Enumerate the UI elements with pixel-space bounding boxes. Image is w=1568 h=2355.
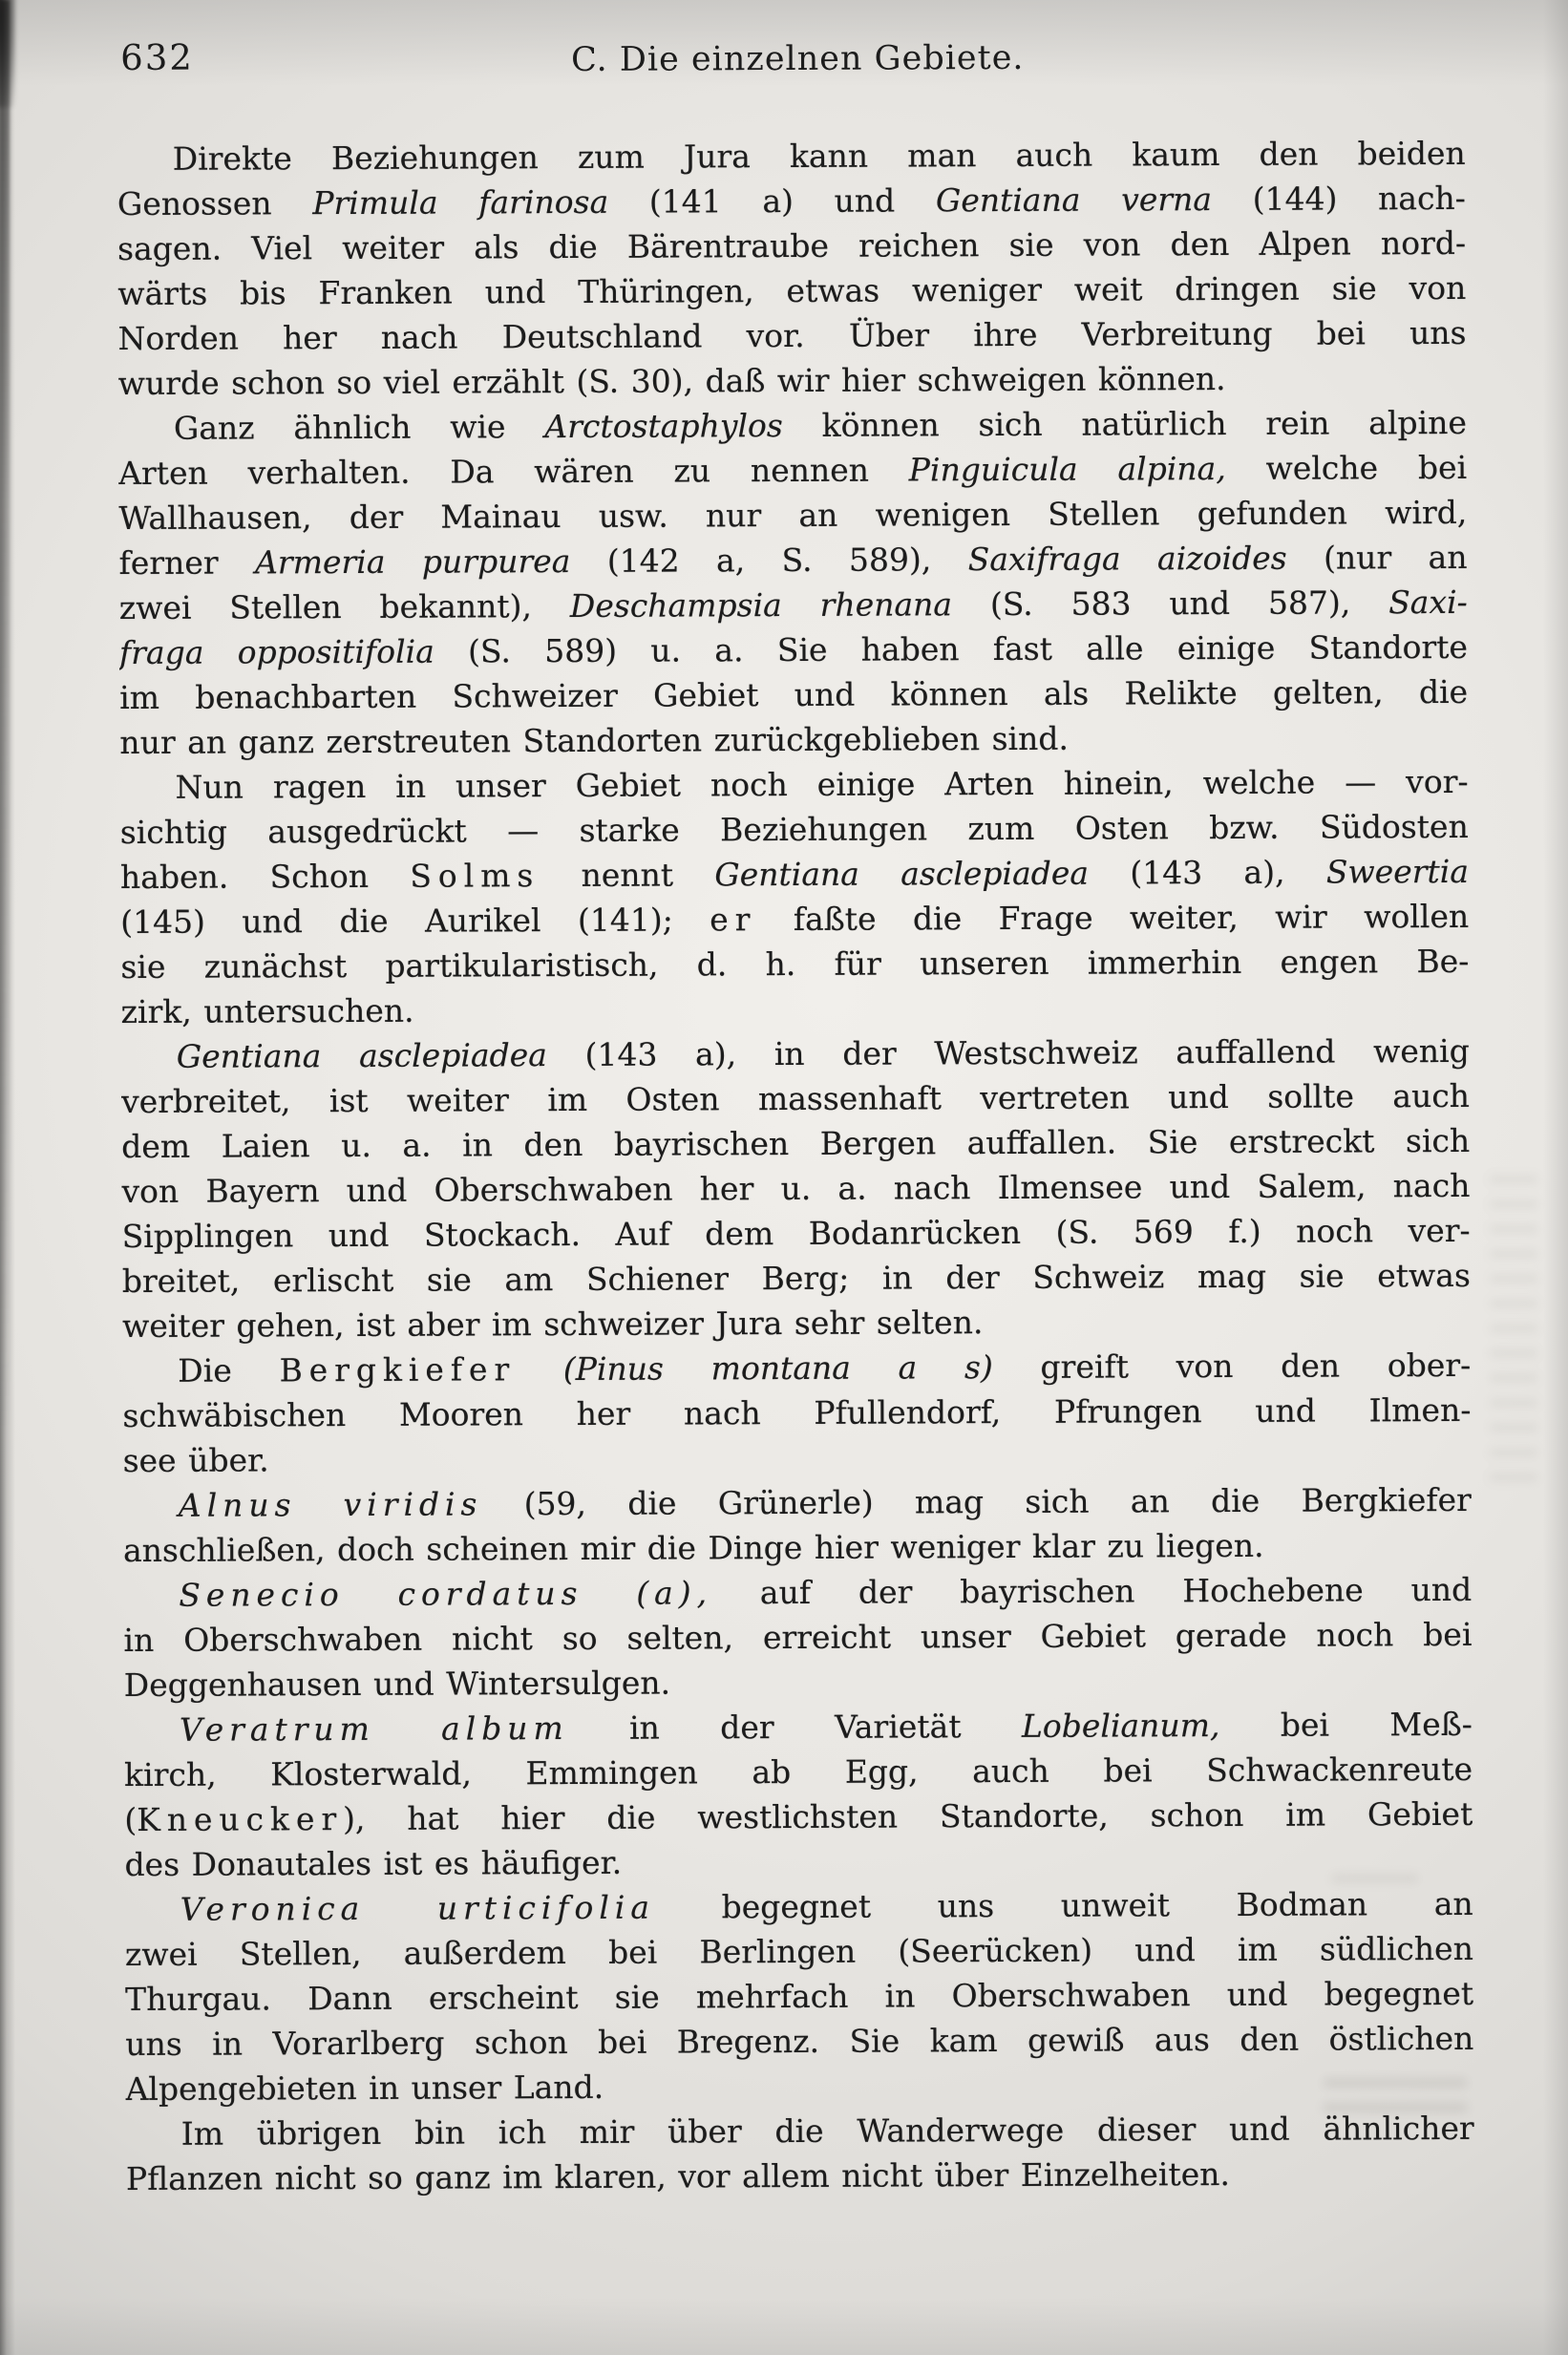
text-body: Direkte Beziehungen zum Jura kann man au… xyxy=(117,131,1474,2201)
text-segment: ), hat hier die westlichsten Standorte, … xyxy=(343,1795,1473,1837)
text-segment: Norden her nach Deutschland vor. Über ih… xyxy=(117,314,1466,357)
text-segment: uns in Vorarlberg schon bei Bregenz. Sie… xyxy=(125,2020,1473,2063)
text-segment: Alpengebieten in unser Land. xyxy=(125,2069,604,2108)
text-segment: Lobelianum, xyxy=(1022,1707,1220,1745)
text-segment: zwei Stellen, außerdem bei Berlingen (Se… xyxy=(125,1930,1473,1973)
text-line: kirch, Klosterwald, Emmingen ab Egg, auc… xyxy=(124,1747,1473,1797)
text-line: wärts bis Franken und Thüringen, etwas w… xyxy=(117,265,1466,316)
text-segment: wurde schon so viel erzählt (S. 30), daß… xyxy=(118,360,1226,402)
paragraph: Gentiana asclepiadea (143 a), in der Wes… xyxy=(121,1029,1471,1348)
text-segment: (143 a), xyxy=(1089,854,1326,892)
page-content: 632 C. Die einzelnen Gebiete. Direkte Be… xyxy=(0,0,1568,2355)
text-segment: auf der bayrischen Hochebene und xyxy=(712,1571,1472,1611)
text-segment: Deschampsia rhenana xyxy=(570,585,952,625)
text-segment: Nun ragen in unser Gebiet noch einige Ar… xyxy=(176,763,1469,806)
text-line: Genossen Primula farinosa (141 a) und Ge… xyxy=(117,176,1466,226)
text-line: sie zunächst partikularistisch, d. h. fü… xyxy=(120,939,1469,989)
text-line: ferner Armeria purpurea (142 a, S. 589),… xyxy=(118,535,1467,585)
text-line: Sipplingen und Stockach. Auf dem Bodanrü… xyxy=(122,1208,1471,1259)
text-line: Die Bergkiefer (Pinus montana a s) greif… xyxy=(122,1343,1471,1393)
text-segment: Arctostaphylos xyxy=(544,407,783,445)
text-segment: dem Laien u. a. in den bayrischen Bergen… xyxy=(121,1122,1470,1165)
text-segment: von Bayern und Oberschwaben her u. a. na… xyxy=(121,1167,1470,1210)
text-segment: faßte die Frage weiter, wir wollen xyxy=(756,898,1469,938)
text-segment: (144) nach- xyxy=(1212,180,1466,218)
text-segment: Veronica urticifolia xyxy=(180,1889,655,1928)
text-segment: Gentiana asclepiadea xyxy=(177,1036,547,1075)
text-segment: Pflanzen nicht so ganz im klaren, vor al… xyxy=(126,2155,1230,2197)
text-segment: Sipplingen und Stockach. Auf dem Bodanrü… xyxy=(122,1212,1471,1255)
text-line: see über. xyxy=(123,1432,1472,1483)
text-segment: Sweertia xyxy=(1326,853,1469,891)
text-segment: nur an ganz zerstreuten Standorten zurüc… xyxy=(119,720,1069,761)
text-segment: Deggenhausen und Wintersulgen. xyxy=(124,1665,671,1704)
paragraph: Direkte Beziehungen zum Jura kann man au… xyxy=(117,131,1467,406)
text-segment: Arten verhalten. Da wären zu nennen xyxy=(118,451,909,492)
text-line: Deggenhausen und Wintersulgen. xyxy=(124,1657,1473,1708)
text-segment: Saxifraga aizoides xyxy=(968,540,1287,578)
text-segment: ferner xyxy=(118,543,255,582)
text-line: zwei Stellen, außerdem bei Berlingen (Se… xyxy=(125,1926,1473,1977)
paragraph: Veratrum album in der Varietät Lobelianu… xyxy=(124,1702,1473,1887)
text-line: Alnus viridis (59, die Grünerle) mag sic… xyxy=(123,1477,1472,1528)
text-segment: Pinguicula alpina, xyxy=(909,450,1226,488)
text-segment: (145) und die Aurikel (141); xyxy=(120,901,710,941)
text-segment: Kneucker xyxy=(137,1800,343,1838)
text-line: sagen. Viel weiter als die Bärentraube r… xyxy=(117,221,1466,271)
text-line: uns in Vorarlberg schon bei Bregenz. Sie… xyxy=(125,2016,1473,2067)
scanned-book-page: 632 C. Die einzelnen Gebiete. Direkte Be… xyxy=(0,0,1568,2355)
text-segment: (nur an xyxy=(1287,539,1468,577)
paragraph: Ganz ähnlich wie Arctostaphylos können s… xyxy=(118,400,1469,765)
text-segment: schwäbischen Mooren her nach Pfullendorf… xyxy=(122,1391,1471,1434)
text-segment: see über. xyxy=(123,1441,269,1479)
text-line: nur an ganz zerstreuten Standorten zurüc… xyxy=(119,714,1468,765)
text-line: in Oberschwaben nicht so selten, erreich… xyxy=(123,1612,1472,1663)
text-line: Nun ragen in unser Gebiet noch einige Ar… xyxy=(119,759,1468,810)
paragraph: Veronica urticifolia begegnet uns unweit… xyxy=(125,1881,1474,2111)
text-segment: sie zunächst partikularistisch, d. h. fü… xyxy=(120,943,1469,986)
text-line: Pflanzen nicht so ganz im klaren, vor al… xyxy=(126,2151,1474,2201)
text-segment: weiter gehen, ist aber im schweizer Jura… xyxy=(122,1304,984,1345)
text-segment: fraga oppositifolia xyxy=(119,633,434,671)
text-line: Ganz ähnlich wie Arctostaphylos können s… xyxy=(118,400,1467,451)
text-line: Wallhausen, der Mainau usw. nur an wenig… xyxy=(118,490,1467,541)
text-segment: Im übrigen bin ich mir über die Wanderwe… xyxy=(181,2110,1474,2153)
text-line: (Kneucker), hat hier die westlichsten St… xyxy=(124,1792,1473,1842)
paragraph: Nun ragen in unser Gebiet noch einige Ar… xyxy=(119,759,1469,1034)
text-line: Im übrigen bin ich mir über die Wanderwe… xyxy=(126,2106,1474,2156)
text-segment: Alnus viridis xyxy=(179,1485,483,1523)
text-segment: wärts bis Franken und Thüringen, etwas w… xyxy=(117,269,1466,312)
text-segment: haben. Schon xyxy=(120,858,411,896)
text-segment: zwei Stellen bekannt), xyxy=(119,587,570,626)
text-segment: begegnet uns unweit Bodman an xyxy=(655,1885,1473,1926)
text-segment: er xyxy=(710,901,756,938)
text-segment: nennt xyxy=(540,856,714,894)
text-segment: des Donautales ist es häufiger. xyxy=(124,1844,622,1883)
text-segment: Thurgau. Dann erscheint sie mehrfach in … xyxy=(125,1975,1473,2018)
text-line: Norden her nach Deutschland vor. Über ih… xyxy=(117,310,1466,361)
text-line: sichtig ausgedrückt — starke Beziehungen… xyxy=(120,804,1469,855)
text-segment: Primula farinosa xyxy=(312,183,608,222)
text-line: Veratrum album in der Varietät Lobelianu… xyxy=(124,1702,1473,1752)
text-line: breitet, erlischt sie am Schiener Berg; … xyxy=(122,1253,1471,1304)
text-segment: Saxi- xyxy=(1388,583,1468,621)
text-line: des Donautales ist es häufiger. xyxy=(124,1836,1473,1887)
text-segment: breitet, erlischt sie am Schiener Berg; … xyxy=(122,1257,1471,1300)
text-segment: Wallhausen, der Mainau usw. nur an wenig… xyxy=(118,494,1467,537)
text-segment: (141 a) und xyxy=(608,181,936,220)
text-segment: (143 a), in der Westschweiz auffallend w… xyxy=(547,1032,1470,1073)
text-segment: greift von den ober- xyxy=(993,1347,1472,1386)
text-segment: können sich natürlich rein alpine xyxy=(783,404,1467,444)
text-line: verbreitet, ist weiter im Osten massenha… xyxy=(121,1073,1470,1124)
text-line: wurde schon so viel erzählt (S. 30), daß… xyxy=(118,355,1467,406)
text-segment: (S. 589) u. a. Sie haben fast alle einig… xyxy=(434,628,1468,670)
text-line: weiter gehen, ist aber im schweizer Jura… xyxy=(122,1298,1471,1348)
text-segment: in der Varietät xyxy=(569,1708,1022,1747)
text-line: von Bayern und Oberschwaben her u. a. na… xyxy=(121,1163,1470,1214)
text-segment: kirch, Klosterwald, Emmingen ab Egg, auc… xyxy=(124,1750,1473,1793)
text-line: Direkte Beziehungen zum Jura kann man au… xyxy=(117,131,1466,181)
text-line: schwäbischen Mooren her nach Pfullendorf… xyxy=(122,1388,1471,1438)
text-line: Gentiana asclepiadea (143 a), in der Wes… xyxy=(121,1029,1470,1079)
text-line: Thurgau. Dann erscheint sie mehrfach in … xyxy=(125,1971,1473,2022)
text-line: fraga oppositifolia (S. 589) u. a. Sie h… xyxy=(119,625,1468,675)
text-segment xyxy=(516,1350,563,1388)
text-segment: Bergkiefer xyxy=(279,1350,516,1389)
text-segment: zirk, untersuchen. xyxy=(121,992,414,1030)
text-segment: anschließen, doch scheinen mir die Dinge… xyxy=(123,1527,1264,1569)
text-segment: sagen. Viel weiter als die Bärentraube r… xyxy=(117,224,1466,267)
text-segment: Ganz ähnlich wie xyxy=(174,408,545,447)
text-segment: (59, die Grünerle) mag sich an die Bergk… xyxy=(482,1481,1472,1523)
text-segment: im benachbarten Schweizer Gebiet und kön… xyxy=(119,673,1468,716)
text-line: Veronica urticifolia begegnet uns unweit… xyxy=(125,1881,1473,1932)
text-line: (145) und die Aurikel (141); er faßte di… xyxy=(120,894,1469,944)
text-segment: Senecio cordatus (a), xyxy=(179,1574,712,1613)
text-line: Arten verhalten. Da wären zu nennen Ping… xyxy=(118,445,1467,496)
text-segment: Genossen xyxy=(117,184,313,223)
text-segment: (S. 583 und 587), xyxy=(952,583,1388,623)
text-segment: Direkte Beziehungen zum Jura kann man au… xyxy=(173,135,1466,178)
text-segment: Armeria purpurea xyxy=(255,542,571,581)
text-line: im benachbarten Schweizer Gebiet und kön… xyxy=(119,669,1468,720)
paragraph: Senecio cordatus (a), auf der bayrischen… xyxy=(123,1567,1473,1708)
text-line: dem Laien u. a. in den bayrischen Bergen… xyxy=(121,1118,1470,1169)
text-segment: Veratrum album xyxy=(180,1709,569,1749)
text-segment: Gentiana asclepiadea xyxy=(714,855,1089,894)
text-segment: verbreitet, ist weiter im Osten massenha… xyxy=(121,1077,1470,1120)
text-line: Alpengebieten in unser Land. xyxy=(125,2061,1473,2111)
text-line: zirk, untersuchen. xyxy=(121,984,1470,1034)
text-segment: Gentiana verna xyxy=(936,180,1212,219)
text-line: Senecio cordatus (a), auf der bayrischen… xyxy=(123,1567,1472,1618)
running-header: C. Die einzelnen Gebiete. xyxy=(115,37,1480,81)
text-line: zwei Stellen bekannt), Deschampsia rhena… xyxy=(119,580,1468,630)
text-segment: sichtig ausgedrückt — starke Beziehungen… xyxy=(120,808,1469,851)
text-line: anschließen, doch scheinen mir die Dinge… xyxy=(123,1522,1472,1573)
text-segment: Die xyxy=(178,1351,279,1389)
text-segment: Solms xyxy=(410,857,540,895)
text-segment: (142 a, S. 589), xyxy=(570,541,967,580)
text-segment: welche bei xyxy=(1226,449,1468,487)
text-line: haben. Schon Solms nennt Gentiana asclep… xyxy=(120,849,1469,900)
paragraph: Die Bergkiefer (Pinus montana a s) greif… xyxy=(122,1343,1472,1483)
paragraph: Alnus viridis (59, die Grünerle) mag sic… xyxy=(123,1477,1472,1573)
text-segment: in Oberschwaben nicht so selten, erreich… xyxy=(123,1616,1472,1659)
text-segment: ( xyxy=(124,1801,137,1838)
text-segment: bei Meß- xyxy=(1219,1706,1473,1744)
text-segment: (Pinus montana a s) xyxy=(563,1348,993,1388)
paragraph: Im übrigen bin ich mir über die Wanderwe… xyxy=(126,2106,1474,2201)
